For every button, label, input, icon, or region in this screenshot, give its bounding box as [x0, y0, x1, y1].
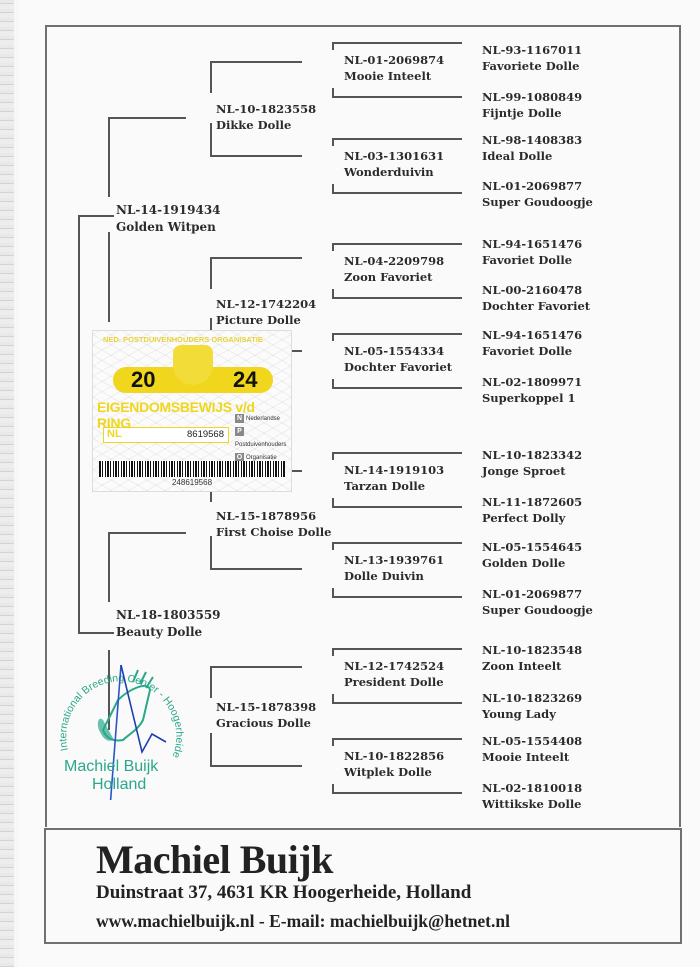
pigeon-name: Dochter Favoriet	[482, 298, 590, 314]
pigeon-name: Golden Dolle	[482, 555, 582, 571]
bracket-line	[332, 588, 334, 596]
ring-number: NL-05-1554408	[482, 733, 582, 749]
pigeon-node: NL-10-1823548Zoon Inteelt	[482, 642, 582, 674]
ring-number: NL-94-1651476	[482, 327, 582, 343]
pigeon-node: NL-99-1080849Fijntje Dolle	[482, 89, 582, 121]
bracket-line	[78, 215, 80, 633]
bracket-line	[332, 243, 462, 245]
certificate-year-left: 20	[131, 367, 155, 393]
stamp-country: Holland	[92, 776, 146, 794]
ring-number: NL-15-1878398	[216, 699, 316, 715]
certificate-ring-box: NL 8619568	[103, 427, 229, 443]
pigeon-node: NL-98-1408383Ideal Dolle	[482, 132, 582, 164]
barcode	[99, 461, 285, 477]
pigeon-node: NL-13-1939761Dolle Duivin	[344, 552, 444, 584]
ring-number: NL-14-1919434	[116, 202, 221, 219]
ring-number: NL-12-1742204	[216, 296, 316, 312]
pigeon-node: NL-02-1810018Wittikske Dolle	[482, 780, 582, 812]
svg-text:International Breeding Center: International Breeding Center - Hoogerhe…	[48, 660, 185, 760]
ring-number: NL-94-1651476	[482, 236, 582, 252]
pigeon-name: Perfect Dolly	[482, 510, 582, 526]
bracket-line	[332, 42, 462, 44]
pigeon-node: NL-12-1742524President Dolle	[344, 658, 444, 690]
bracket-line	[210, 666, 212, 698]
ring-number: NL-03-1301631	[344, 148, 444, 164]
pigeon-node: NL-93-1167011Favoriete Dolle	[482, 42, 582, 74]
bracket-line	[332, 648, 334, 656]
bracket-line	[332, 289, 334, 297]
pigeon-name: Favoriete Dolle	[482, 58, 582, 74]
bracket-line	[332, 333, 334, 341]
pigeon-node: NL-05-1554334Dochter Favoriet	[344, 343, 452, 375]
ring-number: NL-11-1872605	[482, 494, 582, 510]
bracket-line	[108, 117, 186, 119]
ring-ownership-certificate: NED. POSTDUIVENHOUDERS ORGANISATIE 20 24…	[92, 330, 292, 492]
ring-number: NL-05-1554645	[482, 539, 582, 555]
bracket-line	[332, 452, 334, 460]
certificate-ring-number: 8619568	[187, 429, 224, 440]
ring-number: NL-18-1803559	[116, 607, 221, 624]
bracket-line	[332, 702, 462, 704]
pigeon-node: NL-01-2069877Super Goudoogje	[482, 178, 593, 210]
lion-crest-icon	[173, 345, 213, 385]
bracket-line	[210, 61, 212, 93]
ring-number: NL-98-1408383	[482, 132, 582, 148]
bracket-line	[108, 117, 110, 197]
pigeon-name: Tarzan Dolle	[344, 478, 444, 494]
pigeon-node: NL-01-2069877Super Goudoogje	[482, 586, 593, 618]
ring-number: NL-01-2069874	[344, 52, 444, 68]
certificate-org-lines: NNederlandse PPostduivenhouders OOrganis…	[235, 413, 291, 465]
pigeon-node: NL-14-1919103Tarzan Dolle	[344, 462, 444, 494]
org-line: Postduivenhouders	[235, 442, 286, 448]
ring-number: NL-93-1167011	[482, 42, 582, 58]
pigeon-name: Picture Dolle	[216, 312, 316, 328]
pigeon-name: Dikke Dolle	[216, 117, 316, 133]
bracket-line	[332, 498, 334, 506]
bracket-line	[332, 596, 462, 598]
ring-number: NL-10-1823548	[482, 642, 582, 658]
pigeon-name: Favoriet Dolle	[482, 252, 582, 268]
bracket-line	[210, 666, 302, 668]
bracket-line	[332, 96, 462, 98]
pigeon-node: NL-02-1809971Superkoppel 1	[482, 374, 582, 406]
pigeon-node: NL-10-1823558Dikke Dolle	[216, 101, 316, 133]
pigeon-name: Beauty Dolle	[116, 624, 221, 641]
bracket-line	[332, 738, 462, 740]
bracket-line	[332, 792, 462, 794]
ring-number: NL-12-1742524	[344, 658, 444, 674]
bracket-line	[332, 243, 334, 251]
pigeon-node: NL-15-1878398Gracious Dolle	[216, 699, 316, 731]
pigeon-node: NL-94-1651476Favoriet Dolle	[482, 236, 582, 268]
binder-spiral-edge	[0, 0, 14, 967]
bracket-line	[210, 123, 212, 155]
breeding-center-stamp: International Breeding Center - Hoogerhe…	[48, 660, 188, 800]
pigeon-name: Wonderduivin	[344, 164, 444, 180]
pigeon-name: Superkoppel 1	[482, 390, 582, 406]
ring-number: NL-10-1823342	[482, 447, 582, 463]
pigeon-name: Wittikske Dolle	[482, 796, 582, 812]
bracket-line	[332, 542, 462, 544]
bracket-line	[332, 542, 334, 550]
pigeon-name: President Dolle	[344, 674, 444, 690]
pigeon-name: Gracious Dolle	[216, 715, 316, 731]
pigeon-node: NL-05-1554645Golden Dolle	[482, 539, 582, 571]
pigeon-node: NL-14-1919434Golden Witpen	[116, 202, 221, 236]
pigeon-name: Witplek Dolle	[344, 764, 444, 780]
pigeon-node: NL-03-1301631Wonderduivin	[344, 148, 444, 180]
org-initial-n: N	[235, 414, 244, 423]
bracket-line	[332, 192, 462, 194]
bracket-line	[210, 257, 212, 289]
bracket-line	[332, 379, 334, 387]
bracket-line	[210, 257, 302, 259]
bracket-line	[332, 42, 334, 50]
pigeon-name: Mooie Inteelt	[482, 749, 582, 765]
bracket-line	[332, 738, 334, 746]
breeder-name: Machiel Buijk	[96, 836, 333, 883]
ring-number: NL-01-2069877	[482, 586, 593, 602]
pigeon-name: Fijntje Dolle	[482, 105, 582, 121]
ring-number: NL-99-1080849	[482, 89, 582, 105]
bracket-line	[210, 733, 212, 765]
barcode-number: 248619568	[93, 478, 291, 487]
pigeon-node: NL-01-2069874Mooie Inteelt	[344, 52, 444, 84]
bracket-line	[332, 784, 334, 792]
pigeon-node: NL-10-1822856Witplek Dolle	[344, 748, 444, 780]
pigeon-name: Dolle Duivin	[344, 568, 444, 584]
bracket-line	[332, 506, 462, 508]
bracket-line	[332, 88, 334, 96]
pigeon-node: NL-11-1872605Perfect Dolly	[482, 494, 582, 526]
pigeon-node: NL-05-1554408Mooie Inteelt	[482, 733, 582, 765]
pigeon-node: NL-04-2209798Zoon Favoriet	[344, 253, 444, 285]
bracket-line	[210, 155, 302, 157]
pigeon-name: First Choise Dolle	[216, 524, 331, 540]
pigeon-node: NL-94-1651476Favoriet Dolle	[482, 327, 582, 359]
pigeon-name: Zoon Favoriet	[344, 269, 444, 285]
bracket-line	[210, 536, 212, 568]
bracket-line	[108, 532, 186, 534]
ring-number: NL-15-1878956	[216, 508, 331, 524]
bracket-line	[210, 61, 302, 63]
bracket-line	[332, 297, 462, 299]
bracket-line	[332, 387, 462, 389]
bracket-line	[332, 333, 462, 335]
bracket-line	[210, 765, 302, 767]
ring-number: NL-01-2069877	[482, 178, 593, 194]
breeder-contact: www.machielbuijk.nl - E-mail: machielbui…	[96, 911, 510, 932]
certificate-year-right: 24	[233, 367, 257, 393]
bracket-line	[332, 452, 462, 454]
certificate-country: NL	[107, 428, 122, 440]
pigeon-node: NL-15-1878956First Choise Dolle	[216, 508, 331, 540]
bracket-line	[332, 184, 334, 192]
bracket-line	[78, 215, 114, 217]
bracket-line	[332, 648, 462, 650]
pigeon-name: Golden Witpen	[116, 219, 221, 236]
pigeon-name: Jonge Sproet	[482, 463, 582, 479]
ring-number: NL-14-1919103	[344, 462, 444, 478]
pigeon-node: NL-12-1742204Picture Dolle	[216, 296, 316, 328]
breeder-address: Duinstraat 37, 4631 KR Hoogerheide, Holl…	[96, 882, 471, 904]
pigeon-name: Dochter Favoriet	[344, 359, 452, 375]
pigeon-node: NL-10-1823269Young Lady	[482, 690, 582, 722]
stamp-name: Machiel Buijk	[64, 758, 158, 776]
bracket-line	[332, 138, 334, 146]
bracket-line	[332, 694, 334, 702]
bracket-line	[78, 632, 114, 634]
pigeon-name: Super Goudoogje	[482, 194, 593, 210]
pigeon-name: Mooie Inteelt	[344, 68, 444, 84]
ring-number: NL-13-1939761	[344, 552, 444, 568]
pigeon-node: NL-00-2160478Dochter Favoriet	[482, 282, 590, 314]
ring-number: NL-05-1554334	[344, 343, 452, 359]
pigeon-name: Zoon Inteelt	[482, 658, 582, 674]
bracket-line	[332, 138, 462, 140]
ring-number: NL-04-2209798	[344, 253, 444, 269]
ring-number: NL-10-1823269	[482, 690, 582, 706]
ring-number: NL-02-1809971	[482, 374, 582, 390]
pigeon-name: Young Lady	[482, 706, 582, 722]
bracket-line	[210, 568, 302, 570]
bracket-line	[108, 532, 110, 602]
bracket-line	[108, 232, 110, 322]
ring-number: NL-10-1822856	[344, 748, 444, 764]
pigeon-name: Super Goudoogje	[482, 602, 593, 618]
org-line: Nederlandse	[246, 416, 280, 422]
ring-number: NL-10-1823558	[216, 101, 316, 117]
certificate-organisation: NED. POSTDUIVENHOUDERS ORGANISATIE	[103, 335, 263, 344]
pigeon-node: NL-18-1803559Beauty Dolle	[116, 607, 221, 641]
pigeon-name: Ideal Dolle	[482, 148, 582, 164]
ring-number: NL-00-2160478	[482, 282, 590, 298]
pigeon-name: Favoriet Dolle	[482, 343, 582, 359]
ring-number: NL-02-1810018	[482, 780, 582, 796]
org-initial-p: P	[235, 427, 244, 436]
pigeon-node: NL-10-1823342Jonge Sproet	[482, 447, 582, 479]
